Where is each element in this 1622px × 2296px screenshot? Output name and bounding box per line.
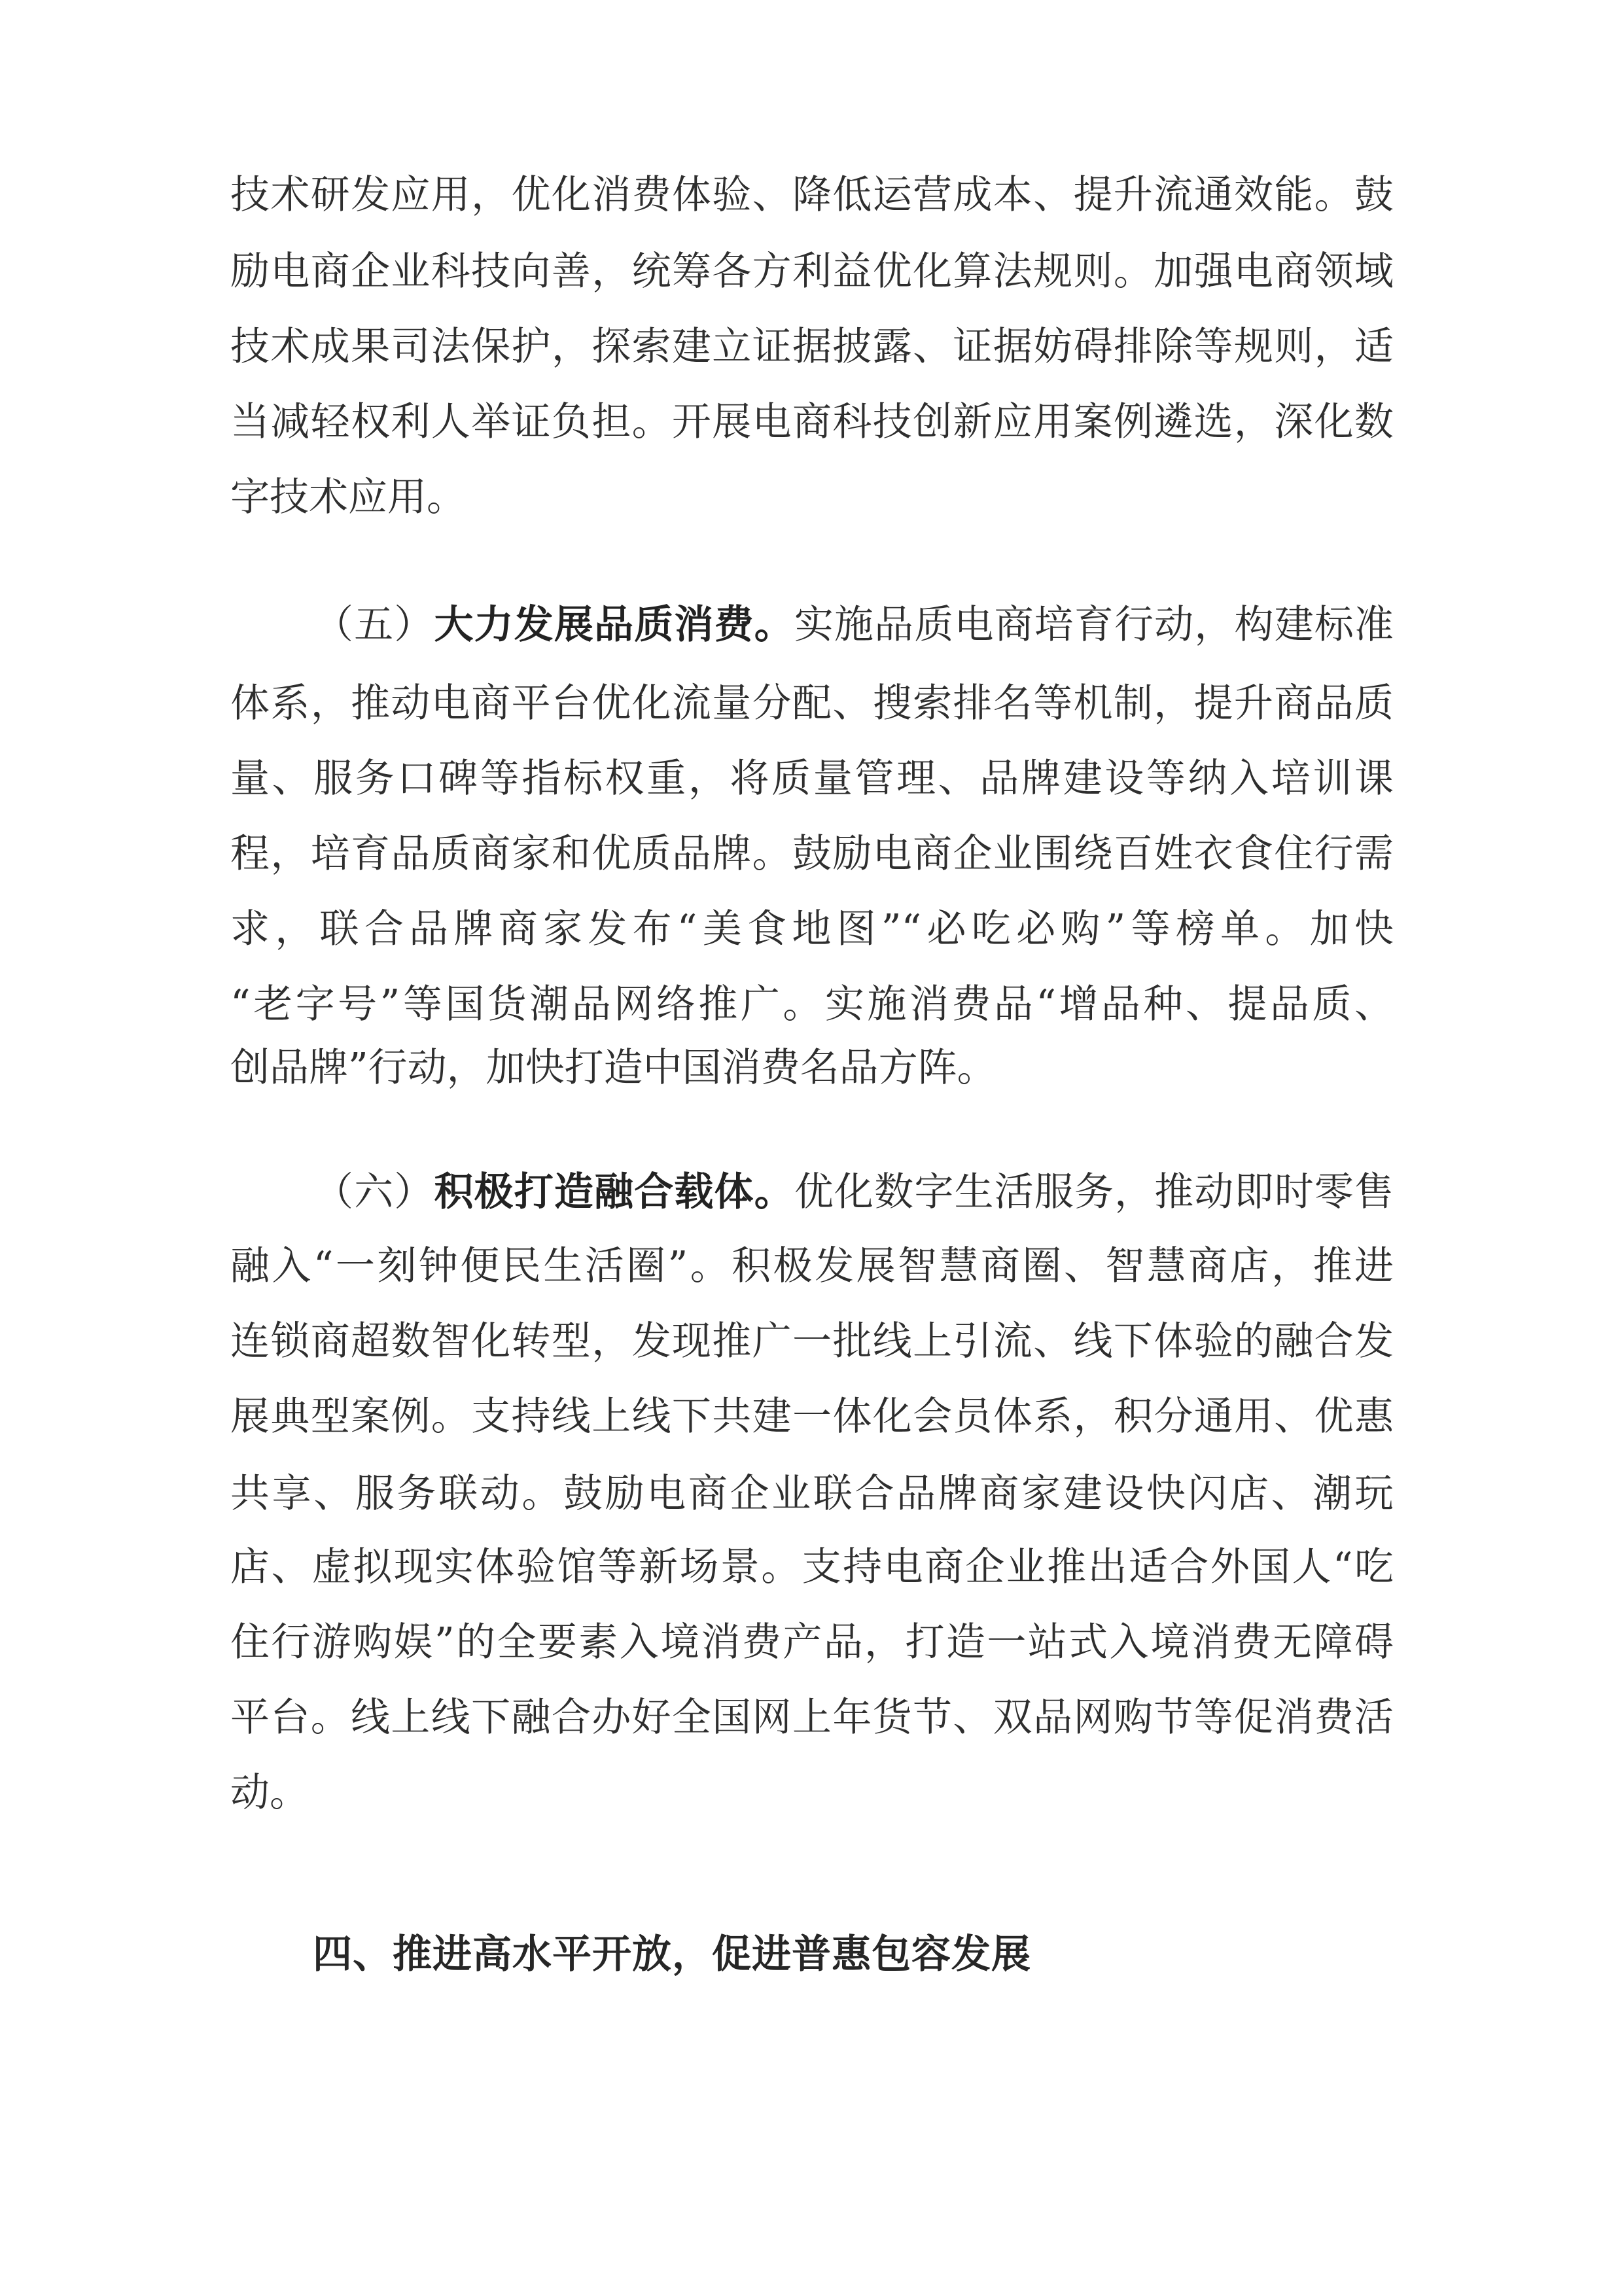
paragraph-line: 体系，推动电商平台优化流量分配、搜索排名等机制，提升商品质	[230, 682, 1394, 724]
paragraph-line: 求，联合品牌商家发布“美食地图”“必吃必购”等榜单。加快	[230, 908, 1394, 950]
paragraph-first-line: （五）大力发展品质消费。实施品质电商培育行动，构建标准	[314, 604, 1394, 646]
paragraph-first-line: （六）积极打造融合载体。优化数字生活服务，推动即时零售	[314, 1171, 1394, 1213]
paragraph-line: 平台。线上线下融合办好全国网上年货节、双品网购节等促消费活	[230, 1697, 1394, 1739]
paragraph-line: 程，培育品质商家和优质品牌。鼓励电商企业围绕百姓衣食住行需	[230, 833, 1394, 875]
item-text: 优化数字生活服务，推动即时零售	[794, 1169, 1394, 1215]
item-number: （六）	[314, 1169, 434, 1215]
paragraph-line: 字技术应用。	[230, 476, 1394, 518]
paragraph-line: 励电商企业科技向善，统筹各方利益优化算法规则。加强电商领域	[230, 251, 1394, 292]
paragraph-line: 技术研发应用，优化消费体验、降低运营成本、提升流通效能。鼓	[230, 174, 1394, 216]
paragraph-line: 店、虚拟现实体验馆等新场景。支持电商企业推出适合外国人“吃	[230, 1546, 1394, 1588]
paragraph-line: 技术成果司法保护，探索建立证据披露、证据妨碍排除等规则，适	[230, 326, 1394, 368]
paragraph-line: “老字号”等国货潮品网络推广。实施消费品“增品种、提品质、	[230, 983, 1394, 1025]
item-title: 大力发展品质消费。	[434, 602, 794, 648]
item-text: 实施品质电商培育行动，构建标准	[794, 602, 1394, 648]
paragraph-line: 创品牌”行动，加快打造中国消费名品方阵。	[230, 1047, 1394, 1089]
document-page: 技术研发应用，优化消费体验、降低运营成本、提升流通效能。鼓 励电商企业科技向善，…	[0, 0, 1622, 2296]
paragraph-line: 连锁商超数智化转型，发现推广一批线上引流、线下体验的融合发	[230, 1320, 1394, 1362]
item-number: （五）	[314, 602, 434, 648]
section-heading: 四、推进高水平开放，促进普惠包容发展	[313, 1934, 1031, 1975]
paragraph-line: 动。	[230, 1772, 1394, 1814]
paragraph-line: 当减轻权利人举证负担。开展电商科技创新应用案例遴选，深化数	[230, 401, 1394, 443]
paragraph-line: 展典型案例。支持线上线下共建一体化会员体系，积分通用、优惠	[230, 1396, 1394, 1438]
paragraph-line: 共享、服务联动。鼓励电商企业联合品牌商家建设快闪店、潮玩	[230, 1473, 1394, 1515]
paragraph-line: 融入“一刻钟便民生活圈”。积极发展智慧商圈、智慧商店，推进	[230, 1245, 1394, 1287]
item-title: 积极打造融合载体。	[434, 1169, 794, 1215]
paragraph-line: 量、服务口碑等指标权重，将质量管理、品牌建设等纳入培训课	[230, 758, 1394, 800]
paragraph-line: 住行游购娱”的全要素入境消费产品，打造一站式入境消费无障碍	[230, 1621, 1394, 1663]
